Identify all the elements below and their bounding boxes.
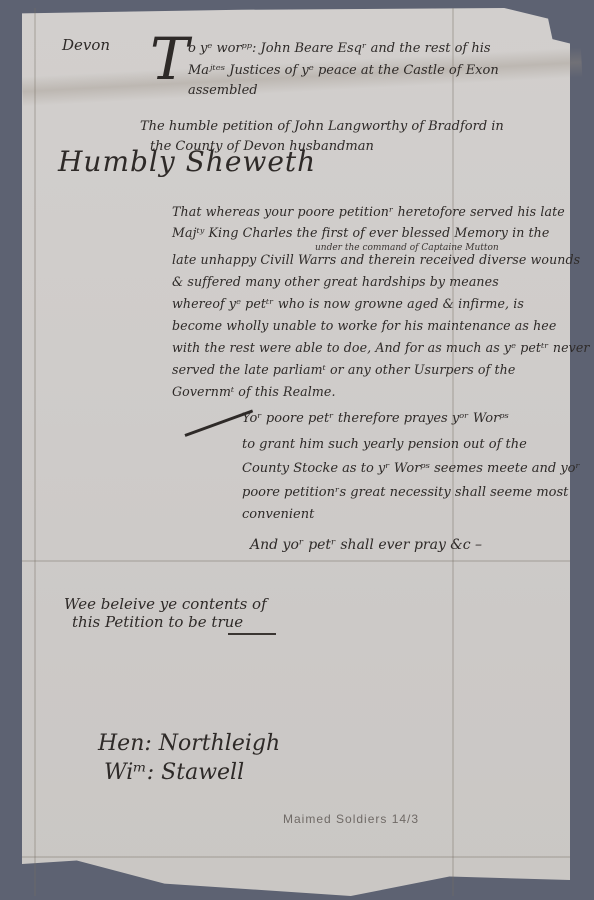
prayer-closing: And yoʳ petʳ shall ever pray &c –: [250, 538, 482, 552]
address-line-1: o yᵉ worᵖᵖ: John Beare Esqʳ and the rest…: [188, 42, 491, 55]
body-line-5: whereof yᵉ petᵗʳ who is now growne aged …: [172, 298, 524, 311]
archive-pencil-note: Maimed Soldiers 14/3: [283, 813, 419, 825]
prayer-line-1: Yoʳ poore petʳ therefore prayes yᵒʳ Worᵖ…: [242, 412, 509, 425]
body-line-1: That whereas your poore petitionʳ hereto…: [172, 206, 565, 219]
body-line-6: become wholly unable to worke for his ma…: [172, 320, 556, 333]
prayer-line-4: poore petitionʳs great necessity shall s…: [242, 486, 568, 499]
body-line-4: & suffered many other great hardships by…: [172, 276, 499, 289]
fold-line-vertical-left: [34, 8, 36, 896]
signature-2: Wiᵐ: Stawell: [104, 762, 244, 784]
humbly-sheweth-heading: Humbly Sheweth: [58, 148, 316, 176]
fold-line-horizontal-1: [22, 560, 570, 562]
prayer-line-3: County Stocke as to yʳ Worᵖˢ seemes meet…: [242, 462, 580, 475]
order-underline: [228, 633, 276, 635]
body-line-8: served the late parliamᵗ or any other Us…: [172, 364, 515, 377]
address-line-2: Maʲᵗᵉˢ Justices of yᵉ peace at the Castl…: [188, 64, 499, 77]
address-line-3: assembled: [188, 84, 258, 97]
body-line-9: Governmᵗ of this Realme.: [172, 386, 336, 399]
body-line-2: Majᵗʸ King Charles the first of ever ble…: [172, 227, 549, 240]
petition-heading-line-1: The humble petition of John Langworthy o…: [140, 120, 504, 133]
address-initial: T: [150, 30, 189, 88]
order-line-2: this Petition to be true: [72, 615, 243, 630]
order-line-1: Wee beleive ye contents of: [64, 597, 267, 612]
body-line-7: with the rest were able to doe, And for …: [172, 342, 590, 355]
body-line-3: late unhappy Civill Warrs and therein re…: [172, 254, 580, 267]
fold-line-horizontal-2: [22, 856, 570, 858]
prayer-line-5: convenient: [242, 508, 314, 521]
fold-line-vertical-right: [452, 8, 454, 896]
signature-1: Hen: Northleigh: [98, 733, 280, 755]
prayer-line-2: to grant him such yearly pension out of …: [242, 438, 527, 451]
docket-county: Devon: [62, 38, 110, 53]
